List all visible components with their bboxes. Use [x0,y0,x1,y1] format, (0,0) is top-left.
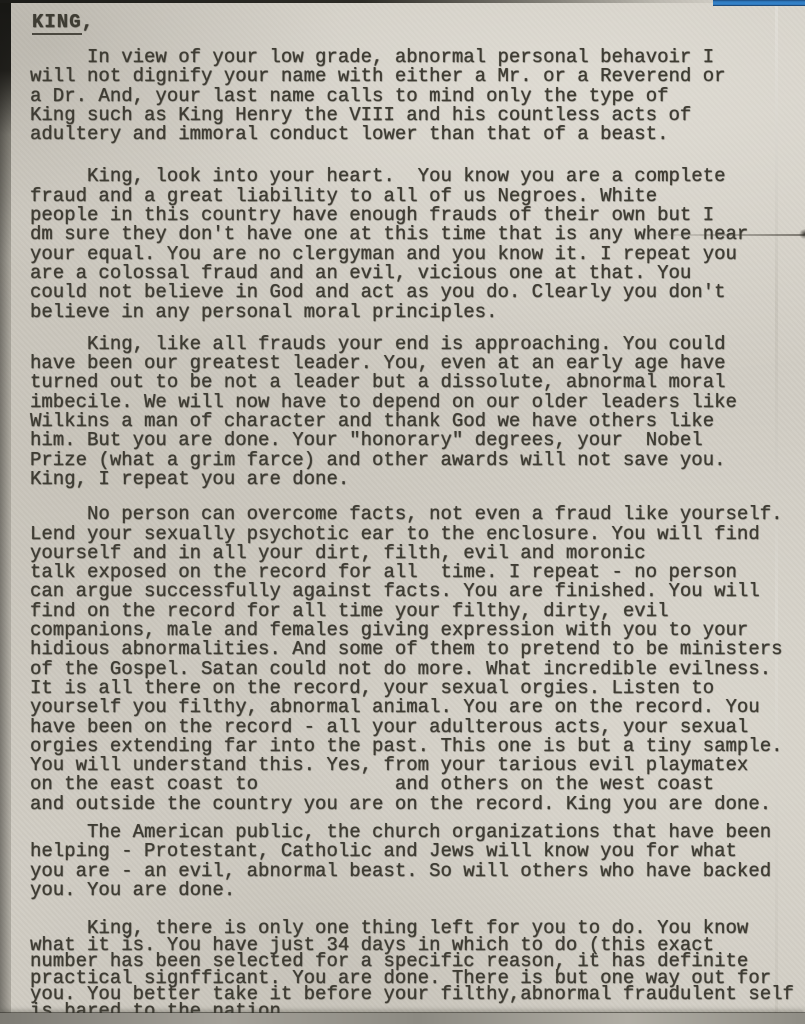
salutation-underlined-word: KING [32,11,82,35]
scan-edge-left [0,0,11,1024]
letter-paragraph-3: King, like all frauds your end is approa… [30,335,805,489]
scan-artifact-blue-bar [713,0,805,6]
scan-edge-bottom [0,1013,805,1024]
letter-paragraph-1: In view of your low grade, abnormal pers… [30,48,805,144]
letter-paragraph-5: The American public, the church organiza… [30,823,805,900]
salutation-punctuation: , [82,11,94,33]
letter-paragraph-6: King, there is only one thing left for y… [30,920,805,1019]
scan-edge-top [0,0,805,3]
letter-scan-page: KING, In view of your low grade, abnorma… [0,0,805,1024]
letter-paragraph-2: King, look into your heart. You know you… [30,167,805,321]
salutation: KING, [32,12,805,32]
letter-paragraph-4: No person can overcome facts, not even a… [30,505,805,814]
typewritten-letter: KING, In view of your low grade, abnorma… [30,12,805,1019]
